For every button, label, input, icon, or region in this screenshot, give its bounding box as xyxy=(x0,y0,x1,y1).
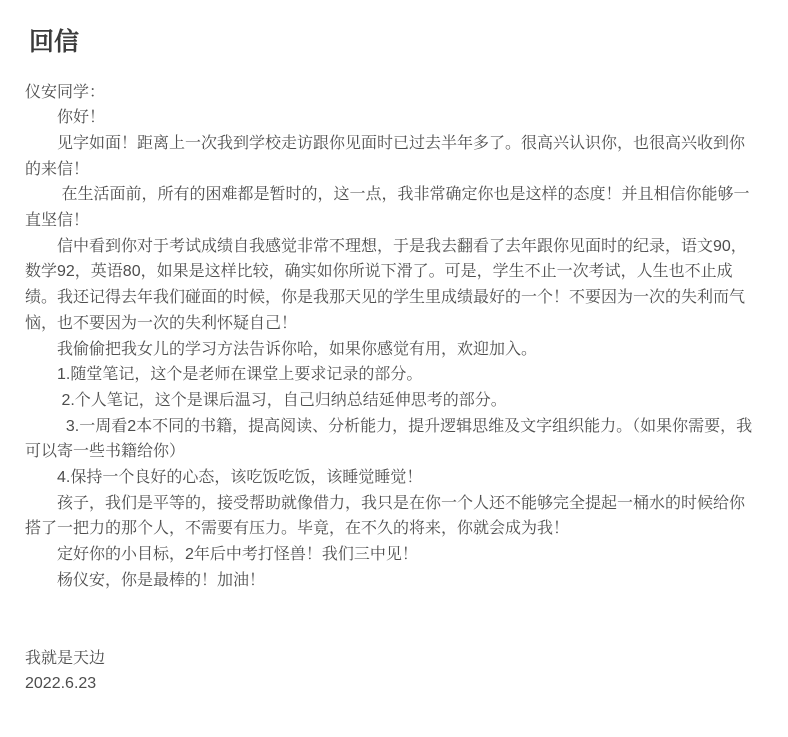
letter-paragraph: 定好你的小目标，2年后中考打怪兽！我们三中见！ xyxy=(25,542,760,568)
letter-list-item: 3.一周看2本不同的书籍，提高阅读、分析能力，提升逻辑思维及文字组织能力。（如果… xyxy=(25,414,760,465)
letter-list-item: 2.个人笔记，这个是课后温习，自己归纳总结延伸思考的部分。 xyxy=(25,388,760,414)
letter-paragraph: 孩子，我们是平等的，接受帮助就像借力，我只是在你一个人还不能够完全提起一桶水的时… xyxy=(25,491,760,542)
letter-paragraph: 信中看到你对于考试成绩自我感觉非常不理想，于是我去翻看了去年跟你见面时的纪录，语… xyxy=(25,234,760,337)
letter-list-item: 1.随堂笔记，这个是老师在课堂上要求记录的部分。 xyxy=(25,362,760,388)
salutation: 仪安同学： xyxy=(25,80,760,106)
letter-page: 回信 仪安同学： 你好！ 见字如面！距离上一次我到学校走访跟你见面时已过去半年多… xyxy=(0,0,788,737)
signature-block: 我就是天边 2022.6.23 xyxy=(25,646,565,697)
letter-list-item: 4.保持一个良好的心态，该吃饭吃饭，该睡觉睡觉！ xyxy=(25,465,760,491)
letter-paragraph: 你好！ xyxy=(25,105,760,131)
signature-name: 我就是天边 xyxy=(25,646,565,672)
letter-paragraph: 在生活面前，所有的困难都是暂时的，这一点，我非常确定你也是这样的态度！并且相信你… xyxy=(25,182,760,233)
letter-body: 仪安同学： 你好！ 见字如面！距离上一次我到学校走访跟你见面时已过去半年多了。很… xyxy=(25,80,760,697)
letter-paragraph: 见字如面！距离上一次我到学校走访跟你见面时已过去半年多了。很高兴认识你，也很高兴… xyxy=(25,131,760,182)
letter-paragraph: 杨仪安，你是最棒的！加油！ xyxy=(25,568,760,594)
page-title: 回信 xyxy=(29,26,760,59)
letter-paragraph: 我偷偷把我女儿的学习方法告诉你哈，如果你感觉有用，欢迎加入。 xyxy=(25,337,760,363)
signature-date: 2022.6.23 xyxy=(25,671,565,697)
